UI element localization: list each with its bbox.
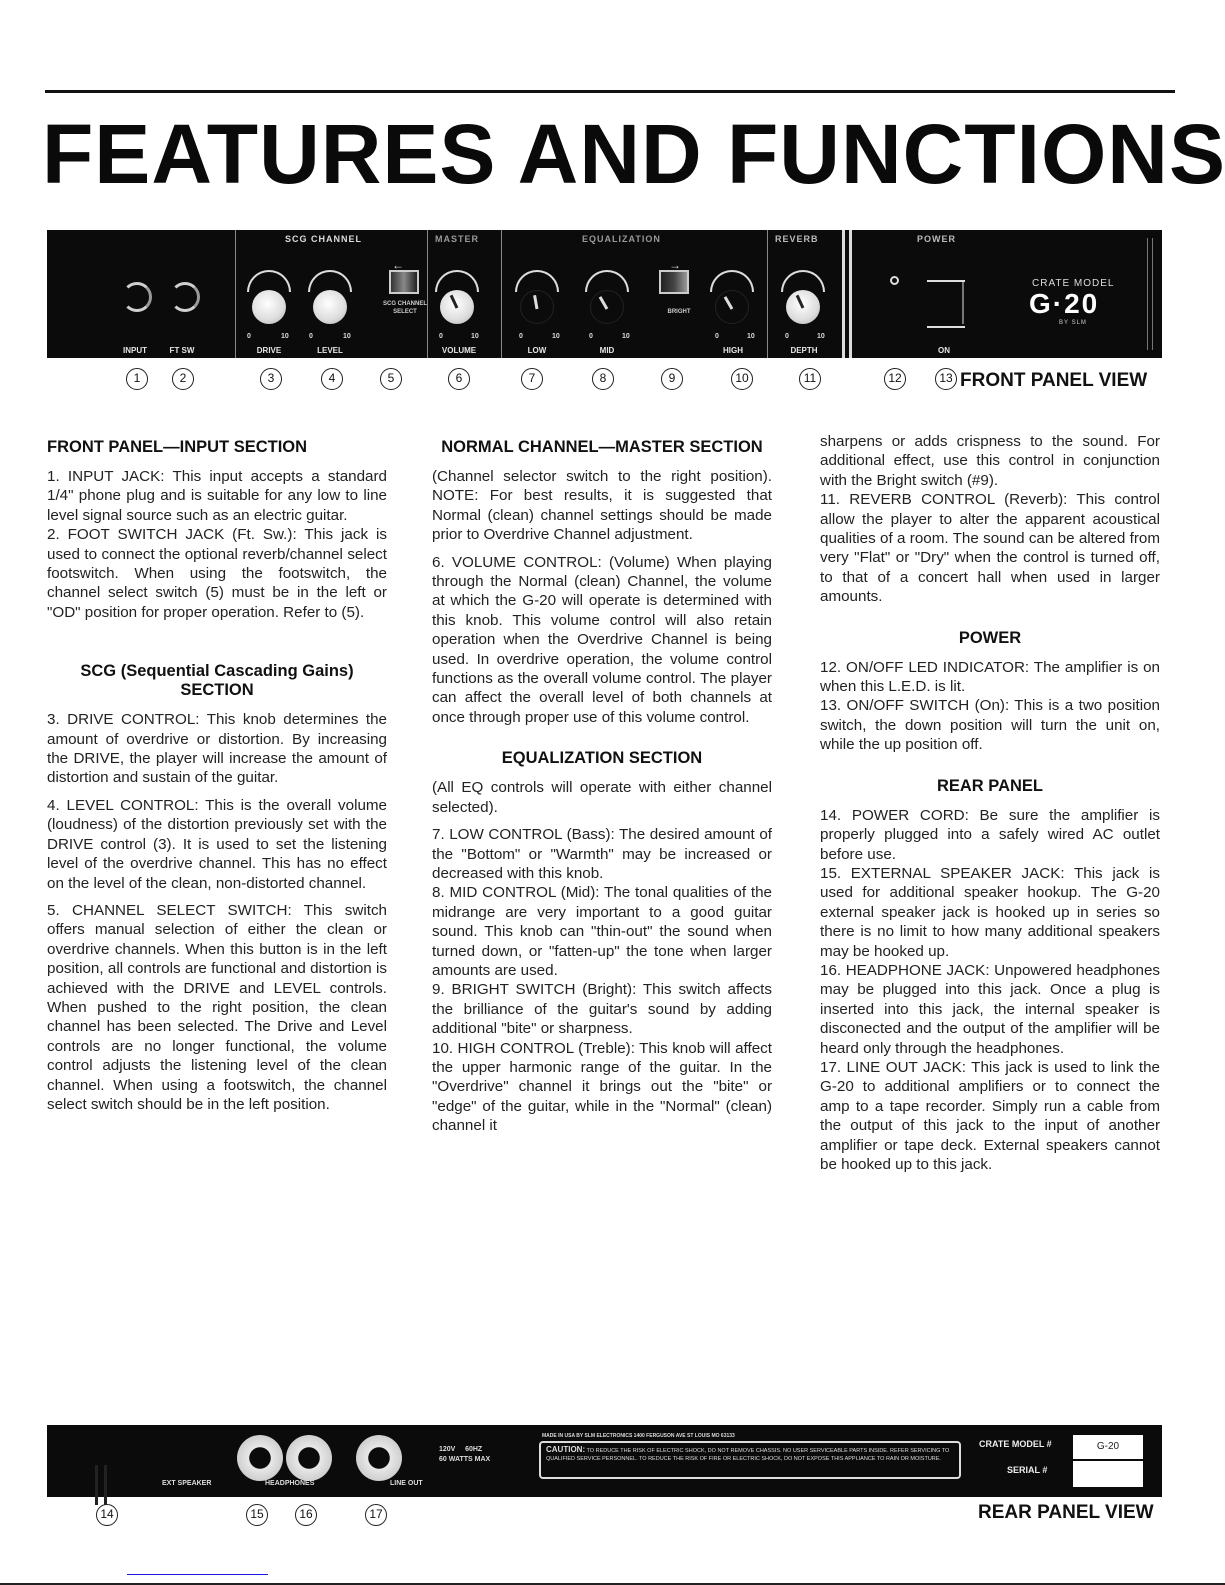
callout-3: 3 [260,368,282,390]
panel-divider [767,230,768,358]
scale-min: 0 [439,333,443,340]
ext-speaker-jack-icon [237,1435,283,1481]
by-slm-label: BY SLM [1059,320,1087,326]
scale-min: 0 [519,333,523,340]
power-switch-top [927,280,965,282]
label-high: HIGH [723,346,743,355]
mid-scale-arc [585,270,629,292]
item-15-ext-speaker-jack: 15. EXTERNAL SPEAKER JACK: This jack is … [820,864,1160,961]
scale-max: 10 [747,333,755,340]
line-out-jack-icon [356,1435,402,1481]
item-9-bright-switch: 9. BRIGHT SWITCH (Bright): This switch a… [432,980,772,1038]
callout-2: 2 [172,368,194,390]
callout-7: 7 [521,368,543,390]
channel-select-switch [389,270,419,294]
section-label-master: MASTER [435,234,479,244]
caution-label: CAUTION: TO REDUCE THE RISK OF ELECTRIC … [539,1441,961,1479]
callout-16: 16 [295,1504,317,1526]
level-scale-arc [308,270,352,292]
footswitch-jack-icon [170,282,200,312]
mid-knob [590,290,624,324]
panel-divider [501,230,502,358]
caution-title: CAUTION: [546,1445,585,1454]
callout-4: 4 [321,368,343,390]
heading-master-section: NORMAL CHANNEL—MASTER SECTION [432,438,772,457]
label-input: INPUT [123,346,147,355]
section-label-reverb: REVERB [775,234,819,244]
volume-knob [440,290,474,324]
label-line-out: LINE OUT [390,1480,423,1487]
column-3: sharpens or adds crispness to the sound.… [820,432,1160,1174]
callout-15: 15 [246,1504,268,1526]
scale-max: 10 [471,333,479,340]
grille-edge [1147,238,1153,350]
item-17-line-out-jack: 17. LINE OUT JACK: This jack is used to … [820,1058,1160,1174]
item-8-mid-control: 8. MID CONTROL (Mid): The tonal qualitie… [432,883,772,980]
model-number-value: G-20 [1073,1435,1143,1459]
scale-max: 10 [817,333,825,340]
model-logo: G·20 [1029,288,1099,320]
item-1-input-jack: 1. INPUT JACK: This input accepts a stan… [47,467,387,525]
heading-power: POWER [820,629,1160,648]
serial-number-label: SERIAL # [1007,1465,1047,1475]
power-led-icon [890,276,899,285]
drive-knob [252,290,286,324]
item-4-level-control: 4. LEVEL CONTROL: This is the overall vo… [47,796,387,893]
scale-min: 0 [309,333,313,340]
scale-max: 10 [343,333,351,340]
bright-switch [659,270,689,294]
item-14-power-cord: 14. POWER CORD: Be sure the amplifier is… [820,806,1160,864]
panel-divider [842,230,845,358]
callout-14: 14 [96,1504,118,1526]
high-scale-arc [710,270,754,292]
callout-9: 9 [661,368,683,390]
label-on: ON [938,346,950,355]
rear-panel-view-label: REAR PANEL VIEW [978,1502,1154,1524]
scale-min: 0 [589,333,593,340]
callout-8: 8 [592,368,614,390]
power-switch-bottom [927,326,965,328]
column-2: NORMAL CHANNEL—MASTER SECTION (Channel s… [432,438,772,1136]
callout-1: 1 [126,368,148,390]
heading-scg-section: SCG (Sequential Cascading Gains) SECTION [47,662,387,700]
callout-17: 17 [365,1504,387,1526]
front-panel-view-label: FRONT PANEL VIEW [960,370,1147,392]
label-low: LOW [528,346,547,355]
item-11-reverb-control: 11. REVERB CONTROL (Reverb): This contro… [820,490,1160,606]
callout-12: 12 [884,368,906,390]
label-headphones: HEADPHONES [265,1480,314,1487]
section-label-equalization: EQUALIZATION [582,234,661,244]
scale-max: 10 [281,333,289,340]
model-number-label: CRATE MODEL # [979,1439,1052,1449]
label-scg-channel-select: SCG CHANNEL SELECT [377,300,433,316]
label-level: LEVEL [317,346,343,355]
scale-min: 0 [715,333,719,340]
top-rule [45,90,1175,93]
label-mid: MID [600,346,615,355]
heading-eq-section: EQUALIZATION SECTION [432,749,772,768]
front-panel-illustration: SCG CHANNEL MASTER EQUALIZATION REVERB P… [47,230,1162,358]
item-10-high-control: 10. HIGH CONTROL (Treble): This knob wil… [432,1039,772,1136]
low-scale-arc [515,270,559,292]
power-cord-icon [95,1465,107,1505]
column-1: FRONT PANEL—INPUT SECTION 1. INPUT JACK:… [47,438,387,1114]
manufacturer-info: MADE IN USA BY SLM ELECTRONICS 1400 FERG… [542,1433,735,1439]
section-label-scg-channel: SCG CHANNEL [285,234,362,244]
callout-6: 6 [448,368,470,390]
high-knob [715,290,749,324]
panel-divider [849,230,852,358]
master-intro: (Channel selector switch to the right po… [432,467,772,545]
callout-11: 11 [799,368,821,390]
label-volume: VOLUME [442,346,476,355]
heading-rear-panel: REAR PANEL [820,777,1160,796]
item-2-foot-switch-jack: 2. FOOT SWITCH JACK (Ft. Sw.): This jack… [47,525,387,622]
panel-divider [235,230,236,358]
caution-text: TO REDUCE THE RISK OF ELECTRIC SHOCK, DO… [546,1448,949,1462]
rear-panel-illustration: EXT SPEAKER HEADPHONES LINE OUT 120V 60H… [47,1425,1162,1497]
depth-scale-arc [781,270,825,292]
item-13-on-off-switch: 13. ON/OFF SWITCH (On): This is a two po… [820,696,1160,754]
item-12-led-indicator: 12. ON/OFF LED INDICATOR: The amplifier … [820,658,1160,697]
panel-divider [427,230,428,358]
page-title: FEATURES AND FUNCTIONS [42,112,1182,196]
label-drive: DRIVE [257,346,281,355]
scale-max: 10 [622,333,630,340]
power-switch-rocker [962,282,964,324]
level-knob [313,290,347,324]
item-6-volume-control: 6. VOLUME CONTROL: (Volume) When playing… [432,553,772,728]
heading-input-section: FRONT PANEL—INPUT SECTION [47,438,387,457]
power-rating: 120V 60HZ 60 WATTS MAX [439,1445,490,1465]
callout-10: 10 [731,368,753,390]
serial-number-value [1073,1461,1143,1487]
item-10-continued: sharpens or adds crispness to the sound.… [820,432,1160,490]
scale-max: 10 [552,333,560,340]
item-3-drive-control: 3. DRIVE CONTROL: This knob determines t… [47,710,387,788]
callout-13: 13 [935,368,957,390]
item-5-channel-select: 5. CHANNEL SELECT SWITCH: This switch of… [47,901,387,1114]
label-depth: DEPTH [790,346,817,355]
callout-5: 5 [380,368,402,390]
low-knob [520,290,554,324]
item-7-low-control: 7. LOW CONTROL (Bass): The desired amoun… [432,825,772,883]
link-underline [127,1574,268,1575]
label-ext-speaker: EXT SPEAKER [162,1480,211,1487]
label-bright: BRIGHT [659,308,699,316]
depth-knob [786,290,820,324]
eq-intro: (All EQ controls will operate with eithe… [432,778,772,817]
section-label-power: POWER [917,234,956,244]
input-jack-icon [122,282,152,312]
volume-scale-arc [435,270,479,292]
scale-min: 0 [785,333,789,340]
drive-scale-arc [247,270,291,292]
scale-min: 0 [247,333,251,340]
item-16-headphone-jack: 16. HEADPHONE JACK: Unpowered headphones… [820,961,1160,1058]
headphones-jack-icon [286,1435,332,1481]
label-ft-sw: FT SW [170,346,195,355]
